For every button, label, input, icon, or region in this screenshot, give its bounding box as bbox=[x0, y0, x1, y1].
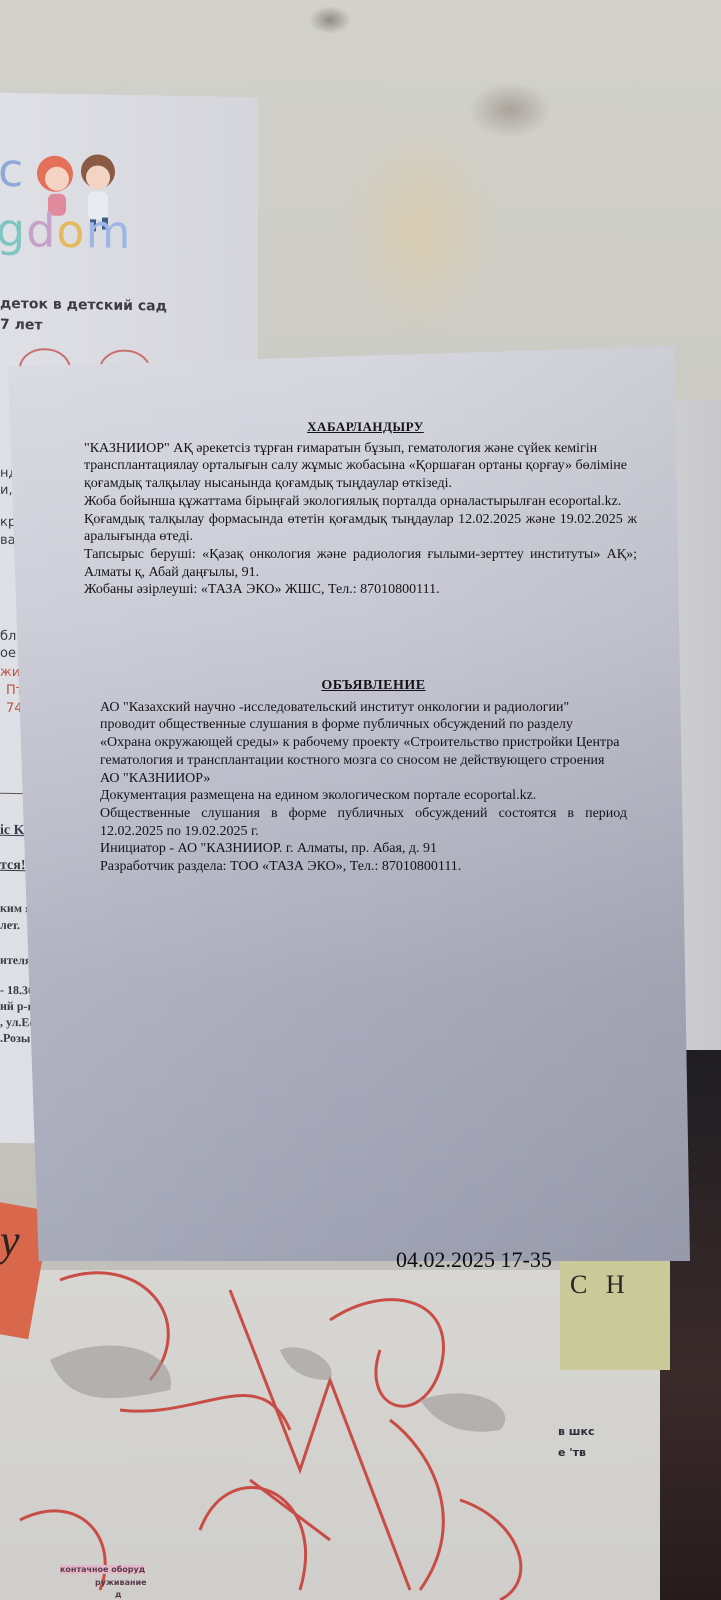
poster-fragment: е 'тв bbox=[558, 1446, 586, 1459]
notice-kazakh-title: ХАБАРЛАНДЫРУ bbox=[94, 418, 637, 436]
notice-russian-paragraph: Документация размещена на едином экологи… bbox=[100, 787, 627, 805]
flyer-fragment: , ул.Ес bbox=[0, 1015, 35, 1031]
notice-russian: ОБЪЯВЛЕНИЕ АО "Казахский научно -исследо… bbox=[100, 677, 627, 876]
notice-russian-paragraph: Разработчик раздела: ТОО «ТАЗА ЭКО», Тел… bbox=[100, 858, 627, 876]
notice-russian-paragraph: Общественные слушания в форме публичных … bbox=[100, 805, 627, 840]
logo-fragment-c: c bbox=[0, 143, 24, 197]
poster-line-1: деток в детский сад bbox=[0, 296, 167, 315]
notice-russian-title: ОБЪЯВЛЕНИЕ bbox=[120, 677, 627, 695]
notice-kazakh-paragraph: Тапсырыс беруші: «Қазақ онкология және р… bbox=[84, 546, 637, 581]
flyer-fragment: лет. bbox=[0, 918, 20, 933]
yellow-poster-letters: С Н bbox=[570, 1270, 631, 1300]
notice-kazakh-paragraph: Жоба бойынша құжаттама бірыңғай экология… bbox=[84, 493, 637, 511]
poster-fragment: контачное оборуд bbox=[60, 1565, 145, 1574]
poster-line-2: 7 лет bbox=[0, 317, 42, 334]
notice-russian-paragraph: АО "Казахский научно -исследовательский … bbox=[100, 699, 627, 788]
photo-timestamp: 04.02.2025 17-35 bbox=[396, 1247, 552, 1273]
poster-fragment: д bbox=[115, 1590, 121, 1599]
notice-russian-paragraph: Инициатор - АО "КАЗНИИОР. г. Алматы, пр.… bbox=[100, 840, 627, 858]
flyer-fragment: тся! bbox=[0, 858, 26, 874]
poster-fragment: руживание bbox=[95, 1578, 147, 1587]
orange-sticker-letter: у bbox=[0, 1215, 20, 1266]
notice-kazakh-paragraph: "КАЗНИИОР" АҚ әрекетсіз тұрған ғимаратын… bbox=[84, 440, 637, 493]
flyer-fragment: .Розы bbox=[0, 1031, 30, 1047]
notice-kazakh-paragraph: Жобаны әзірлеуші: «ТАЗА ЭКО» ЖШС, Тел.: … bbox=[84, 581, 637, 599]
flyer-fragment: - 18.30 bbox=[0, 983, 34, 999]
flyer-fragment: ий р-н bbox=[0, 999, 34, 1015]
logo-fragment-gdom: gdom bbox=[0, 203, 131, 259]
flyer-fragment: ителя bbox=[0, 953, 31, 969]
notice-kazakh-paragraph: Қоғамдық талқылау формасында өтетін қоға… bbox=[84, 511, 637, 546]
notice-kazakh: ХАБАРЛАНДЫРУ "КАЗНИИОР" АҚ әрекетсіз тұр… bbox=[84, 418, 637, 599]
poster-fragment: в шкс bbox=[558, 1425, 594, 1438]
